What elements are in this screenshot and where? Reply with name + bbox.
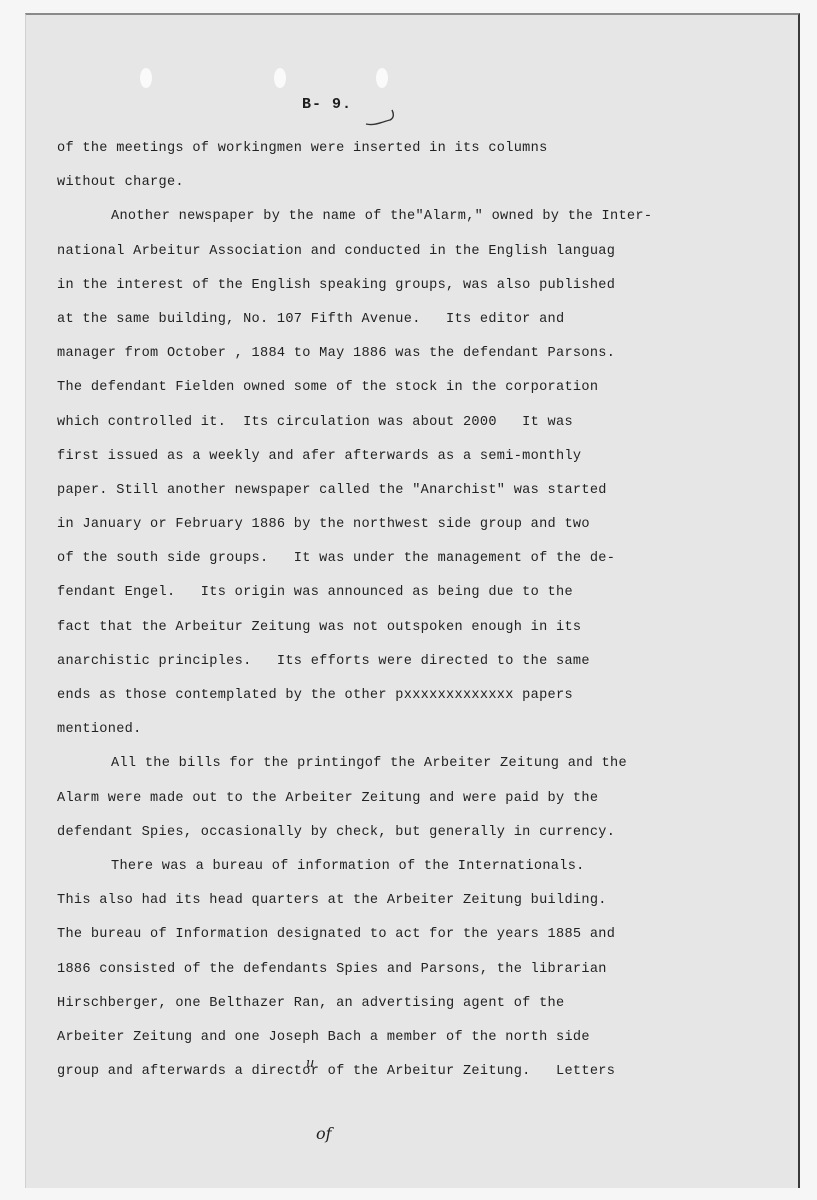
punch-hole	[140, 68, 152, 88]
text-line: The bureau of Information designated to …	[57, 918, 777, 952]
text-line: in January or February 1886 by the north…	[57, 508, 777, 542]
text-line: There was a bureau of information of the…	[57, 850, 777, 884]
text-line: at the same building, No. 107 Fifth Aven…	[57, 303, 777, 337]
text-line: mentioned.	[57, 713, 777, 747]
text-line: Hirschberger, one Belthazer Ran, an adve…	[57, 987, 777, 1021]
text-line: fact that the Arbeitur Zeitung was not o…	[57, 611, 777, 645]
punch-hole	[376, 68, 388, 88]
text-line: without charge.	[57, 166, 777, 200]
text-line: of the south side groups. It was under t…	[57, 542, 777, 576]
text-line: ends as those contemplated by the other …	[57, 679, 777, 713]
text-line: Another newspaper by the name of the"Ala…	[57, 200, 777, 234]
text-line: national Arbeitur Association and conduc…	[57, 235, 777, 269]
text-line: defendant Spies, occasionally by check, …	[57, 816, 777, 850]
text-line: This also had its head quarters at the A…	[57, 884, 777, 918]
text-line: of the meetings of workingmen were inser…	[57, 132, 777, 166]
text-line: The defendant Fielden owned some of the …	[57, 371, 777, 405]
text-line: 1886 consisted of the defendants Spies a…	[57, 953, 777, 987]
punch-hole	[274, 68, 286, 88]
pen-mark-icon	[364, 108, 400, 128]
text-line: anarchistic principles. Its efforts were…	[57, 645, 777, 679]
document-body: of the meetings of workingmen were inser…	[57, 132, 777, 1089]
text-line: in the interest of the English speaking …	[57, 269, 777, 303]
text-line: fendant Engel. Its origin was announced …	[57, 576, 777, 610]
text-line: group and afterwards a director of the A…	[57, 1055, 777, 1089]
scanned-document: B- 9. of the meetings of workingmen were…	[0, 0, 817, 1200]
text-line: which controlled it. Its circulation was…	[57, 406, 777, 440]
handwritten-annotation: of	[316, 1124, 332, 1143]
text-line: Arbeiter Zeitung and one Joseph Bach a m…	[57, 1021, 777, 1055]
handwritten-annotation: u	[306, 1056, 314, 1071]
page-number: B- 9.	[302, 96, 352, 113]
text-line: paper. Still another newspaper called th…	[57, 474, 777, 508]
text-line: Alarm were made out to the Arbeiter Zeit…	[57, 782, 777, 816]
text-line: manager from October , 1884 to May 1886 …	[57, 337, 777, 371]
text-line: All the bills for the printingof the Arb…	[57, 747, 777, 781]
text-line: first issued as a weekly and afer afterw…	[57, 440, 777, 474]
